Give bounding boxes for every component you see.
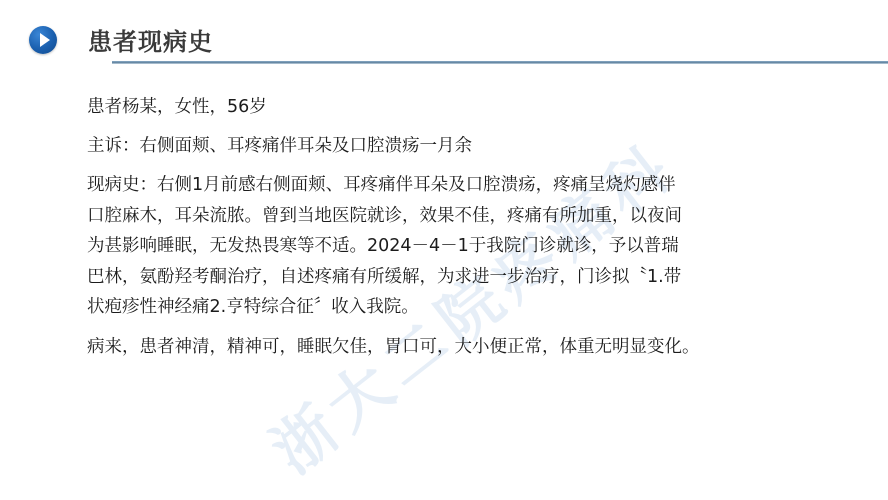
hpi-line: 口腔麻木，耳朵流脓。曾到当地医院就诊，效果不佳，疼痛有所加重，以夜间 xyxy=(87,201,867,232)
general-condition: 病来，患者神清，精神可，睡眠欠佳，胃口可，大小便正常，体重无明显变化。 xyxy=(87,332,867,362)
hpi-line: 为甚影响睡眠，无发热畏寒等不适。2024－4－1于我院门诊就诊，予以普瑞 xyxy=(87,231,867,262)
chief-complaint: 主诉：右侧面颊、耳疼痛伴耳朵及口腔溃疡一月余 xyxy=(87,131,867,161)
slide: 患者现病史 浙大二院疼痛科 患者杨某，女性，56岁 主诉：右侧面颊、耳疼痛伴耳朵… xyxy=(0,0,888,500)
hpi-line: 现病史：右侧1月前感右侧面颊、耳疼痛伴耳朵及口腔溃疡，疼痛呈烧灼感伴 xyxy=(87,170,867,201)
hpi-line: 状疱疹性神经痛2.亨特综合征〞收入我院。 xyxy=(87,292,867,323)
title-underline-divider xyxy=(112,61,888,64)
hpi-line: 巴林，氨酚羟考酮治疗，自述疼痛有所缓解，为求进一步治疗，门诊拟〝1.带 xyxy=(87,262,867,293)
patient-info: 患者杨某，女性，56岁 xyxy=(87,92,867,122)
slide-header: 患者现病史 xyxy=(0,0,888,70)
case-content: 患者杨某，女性，56岁 主诉：右侧面颊、耳疼痛伴耳朵及口腔溃疡一月余 现病史：右… xyxy=(87,92,867,371)
play-circle-icon xyxy=(29,26,57,54)
history-of-present-illness: 现病史：右侧1月前感右侧面颊、耳疼痛伴耳朵及口腔溃疡，疼痛呈烧灼感伴 口腔麻木，… xyxy=(87,170,867,323)
page-title: 患者现病史 xyxy=(88,26,213,58)
